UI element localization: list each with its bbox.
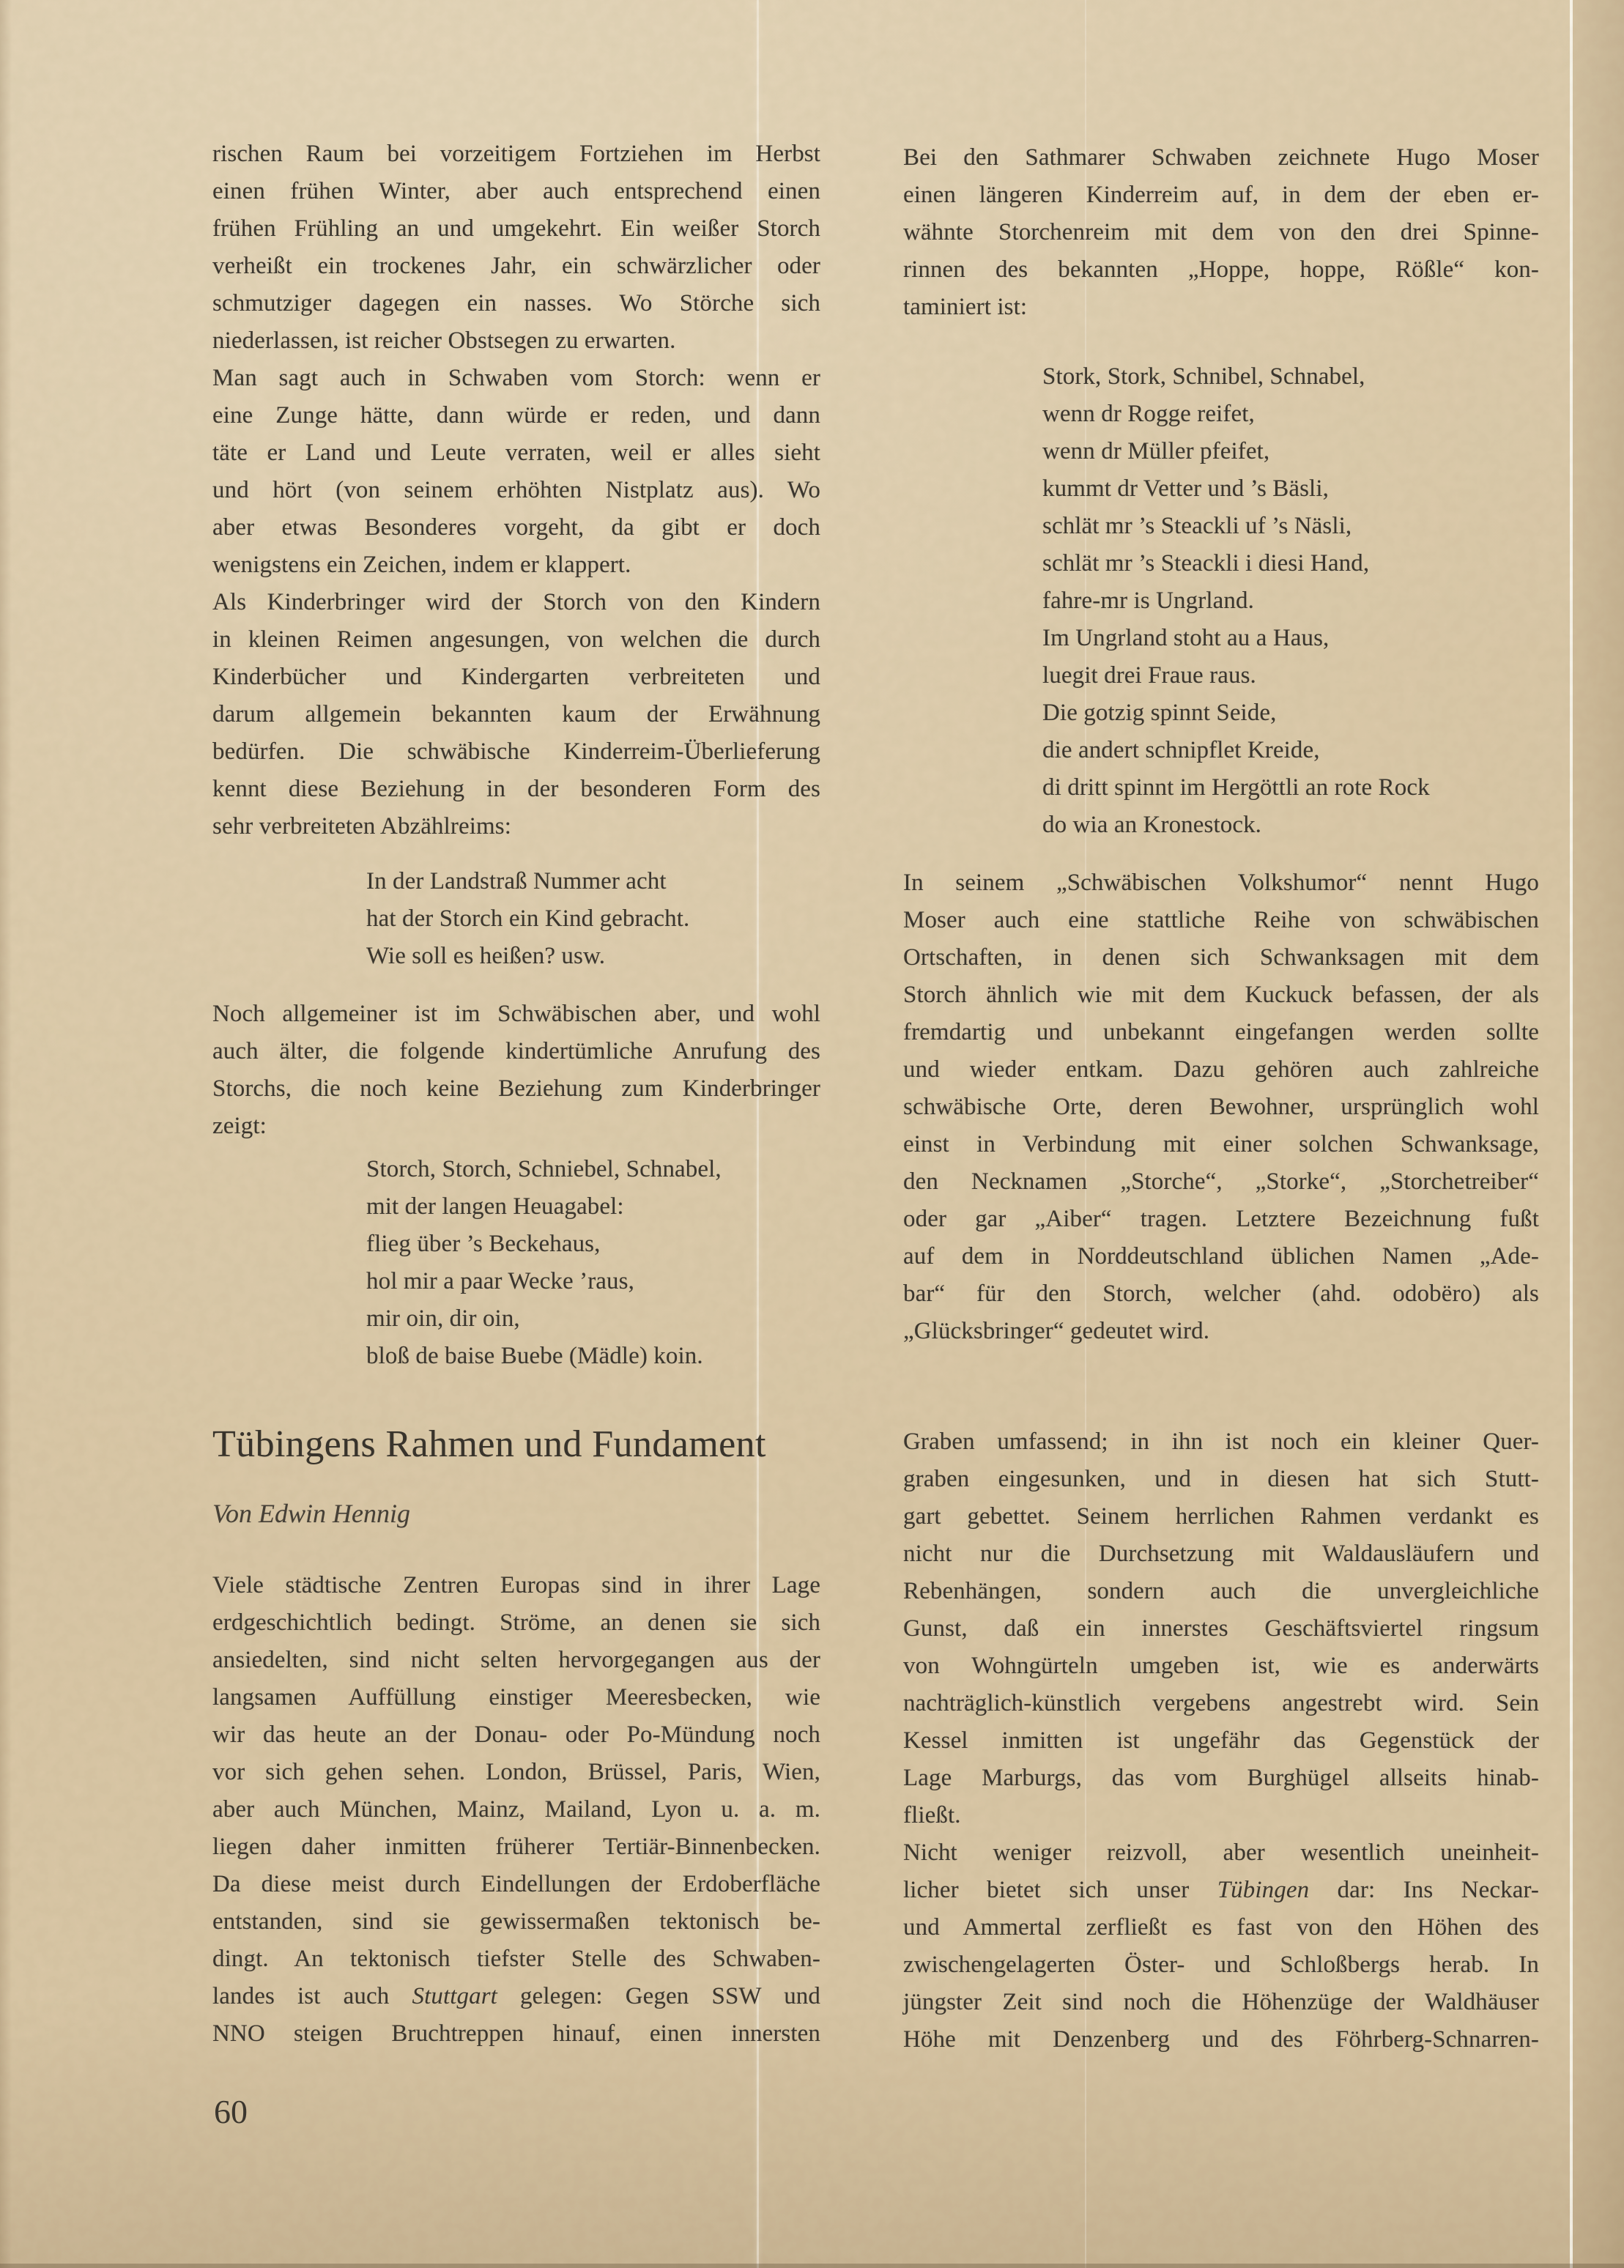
verse-block: Storch, Storch, Schniebel, Schnabel,mit … <box>366 1151 820 1375</box>
text-line: Bei den Sathmarer Schwaben zeichnete Hug… <box>903 139 1539 177</box>
text-line: entstanden, sind sie gewissermaßen tekto… <box>212 1903 820 1941</box>
verse-line: Wie soll es heißen? usw. <box>366 938 820 975</box>
verse-line: schlät mr ’s Steackli i diesi Hand, <box>1042 545 1539 582</box>
verse-line: luegit drei Fraue raus. <box>1042 657 1539 694</box>
text-line: in kleinen Reimen angesungen, von welche… <box>212 621 820 659</box>
text-line: und wieder entkam. Dazu gehören auch zah… <box>903 1051 1539 1089</box>
text-line: aber etwas Besonderes vorgeht, da gibt e… <box>212 509 820 546</box>
verse-line: hol mir a paar Wecke ’raus, <box>366 1263 820 1300</box>
text-line: wähnte Storchenreim mit dem von den drei… <box>903 214 1539 251</box>
text-line: Kinderbücher und Kindergarten verbreitet… <box>212 659 820 696</box>
text-line: graben eingesunken, und in diesen hat si… <box>903 1461 1539 1498</box>
text-line: verheißt ein trockenes Jahr, ein schwärz… <box>212 248 820 285</box>
verse-line: do wia an Kronestock. <box>1042 807 1539 844</box>
text-line: Ortschaften, in denen sich Schwanksagen … <box>903 939 1539 976</box>
verse-line: wenn dr Müller pfeifet, <box>1042 433 1539 470</box>
verse-line: die andert schnipflet Kreide, <box>1042 732 1539 769</box>
text-line: Storchs, die noch keine Beziehung zum Ki… <box>212 1070 820 1108</box>
text-line: Da diese meist durch Eindellungen der Er… <box>212 1866 820 1903</box>
text-line: nicht nur die Durchsetzung mit Waldauslä… <box>903 1535 1539 1573</box>
text-line: fremdartig und unbekannt eingefangen wer… <box>903 1014 1539 1051</box>
paragraph: rischen Raum bei vorzeitigem Fortziehen … <box>212 136 820 360</box>
text-line: bar“ für den Storch, welcher (ahd. odobë… <box>903 1275 1539 1313</box>
verse-line: In der Landstraß Nummer acht <box>366 863 820 900</box>
text-line: bedürfen. Die schwäbische Kinderreim-Übe… <box>212 733 820 771</box>
page-edge-shadow <box>1573 0 1624 2268</box>
text-line: oder gar „Aiber“ tragen. Letztere Bezeic… <box>903 1201 1539 1238</box>
paragraph: Graben umfassend; in ihn ist noch ein kl… <box>903 1423 1539 1834</box>
text-line: schwäbische Orte, deren Bewohner, ursprü… <box>903 1089 1539 1126</box>
text-line: zeigt: <box>212 1108 820 1145</box>
text-line: einst in Verbindung mit einer solchen Sc… <box>903 1126 1539 1163</box>
text-line: dingt. An tektonisch tiefster Stelle des… <box>212 1941 820 1978</box>
text-line: einen frühen Winter, aber auch entsprech… <box>212 173 820 210</box>
text-line: erdgeschichtlich bedingt. Ströme, an den… <box>212 1604 820 1642</box>
verse-block: In der Landstraß Nummer achthat der Stor… <box>366 863 820 975</box>
verse-line: kummt dr Vetter und ’s Bäsli, <box>1042 470 1539 508</box>
text-line: jüngster Zeit sind noch die Höhenzüge de… <box>903 1984 1539 2021</box>
text-line: wir das heute an der Donau- oder Po-Münd… <box>212 1716 820 1754</box>
left-column: rischen Raum bei vorzeitigem Fortziehen … <box>212 136 820 2053</box>
text-line: Viele städtische Zentren Europas sind in… <box>212 1567 820 1604</box>
verse-line: di dritt spinnt im Hergöttli an rote Roc… <box>1042 769 1539 807</box>
paragraph: In seinem „Schwäbischen Volkshumor“ nenn… <box>903 864 1539 1350</box>
text-line: darum allgemein bekannten kaum der Erwäh… <box>212 696 820 733</box>
text-line: „Glücksbringer“ gedeutet wird. <box>903 1313 1539 1350</box>
verse-line: wenn dr Rogge reifet, <box>1042 396 1539 433</box>
text-line: zwischengelagerten Öster- und Schloßberg… <box>903 1946 1539 1984</box>
text-line: rinnen des bekannten „Hoppe, hoppe, Rößl… <box>903 251 1539 289</box>
text-line: eine Zunge hätte, dann würde er reden, u… <box>212 397 820 434</box>
text-line: Höhe mit Denzenberg und des Föhrberg-Sch… <box>903 2021 1539 2058</box>
text-line: liegen daher inmitten früherer Tertiär-B… <box>212 1828 820 1866</box>
text-line: licher bietet sich unser Tübingen dar: I… <box>903 1872 1539 1909</box>
verse-line: schlät mr ’s Steackli uf ’s Näsli, <box>1042 508 1539 545</box>
paragraph: Nicht weniger reizvoll, aber wesentlich … <box>903 1834 1539 2058</box>
paragraph: Viele städtische Zentren Europas sind in… <box>212 1567 820 2053</box>
bottom-edge-shadow <box>0 2264 1624 2268</box>
verse-line: fahre-mr is Ungrland. <box>1042 582 1539 620</box>
paragraph: Man sagt auch in Schwaben vom Storch: we… <box>212 360 820 584</box>
text-line: vor sich gehen sehen. London, Brüssel, P… <box>212 1754 820 1791</box>
article-byline: Von Edwin Hennig <box>212 1497 820 1530</box>
text-line: In seinem „Schwäbischen Volkshumor“ nenn… <box>903 864 1539 902</box>
text-line: und Ammertal zerfließt es fast von den H… <box>903 1909 1539 1946</box>
text-line: Graben umfassend; in ihn ist noch ein kl… <box>903 1423 1539 1461</box>
text-line: ansiedelten, sind nicht selten hervorgeg… <box>212 1642 820 1679</box>
text-line: nachträglich-künstlich vergebens angestr… <box>903 1685 1539 1722</box>
text-line: Gunst, daß ein innerstes Geschäftsvierte… <box>903 1610 1539 1648</box>
text-line: taminiert ist: <box>903 289 1539 326</box>
text-line: Lage Marburgs, das vom Burghügel allseit… <box>903 1760 1539 1797</box>
text-line: Man sagt auch in Schwaben vom Storch: we… <box>212 360 820 397</box>
text-line: Als Kinderbringer wird der Storch von de… <box>212 584 820 621</box>
verse-line: mit der langen Heuagabel: <box>366 1188 820 1226</box>
text-line: niederlassen, ist reicher Obstsegen zu e… <box>212 322 820 360</box>
text-line: Moser auch eine stattliche Reihe von sch… <box>903 902 1539 939</box>
text-line: sehr verbreiteten Abzählreims: <box>212 808 820 845</box>
verse-line: mir oin, dir oin, <box>366 1300 820 1338</box>
text-line: frühen Frühling an und umgekehrt. Ein we… <box>212 210 820 248</box>
text-line: gart gebettet. Seinem herrlichen Rahmen … <box>903 1498 1539 1535</box>
text-line: und hört (von seinem erhöhten Nistplatz … <box>212 472 820 509</box>
text-line: täte er Land und Leute verraten, weil er… <box>212 434 820 472</box>
verse-line: Stork, Stork, Schnibel, Schnabel, <box>1042 358 1539 396</box>
paragraph: Bei den Sathmarer Schwaben zeichnete Hug… <box>903 139 1539 326</box>
text-line: Rebenhängen, sondern auch die unvergleic… <box>903 1573 1539 1610</box>
text-line: von Wohngürteln umgeben ist, wie es ande… <box>903 1648 1539 1685</box>
verse-line: flieg über ’s Beckehaus, <box>366 1226 820 1263</box>
text-line: auf dem in Norddeutschland üblichen Name… <box>903 1238 1539 1275</box>
text-line: Kessel inmitten ist ungefähr das Gegenst… <box>903 1722 1539 1760</box>
verse-line: bloß de baise Buebe (Mädle) koin. <box>366 1338 820 1375</box>
text-line: den Necknamen „Storche“, „Storke“, „Stor… <box>903 1163 1539 1201</box>
text-line: Nicht weniger reizvoll, aber wesentlich … <box>903 1834 1539 1872</box>
text-line: fließt. <box>903 1797 1539 1834</box>
left-edge-shadow <box>0 0 12 2268</box>
verse-line: hat der Storch ein Kind gebracht. <box>366 900 820 938</box>
text-line: Storch ähnlich wie mit dem Kuckuck befas… <box>903 976 1539 1014</box>
text-line: schmutziger dagegen ein nasses. Wo Störc… <box>212 285 820 322</box>
text-line: rischen Raum bei vorzeitigem Fortziehen … <box>212 136 820 173</box>
paragraph: Als Kinderbringer wird der Storch von de… <box>212 584 820 845</box>
text-line: kennt diese Beziehung in der besonderen … <box>212 771 820 808</box>
section-heading: Tübingens Rahmen und Fundament <box>212 1419 820 1470</box>
text-line: einen längeren Kinderreim auf, in dem de… <box>903 177 1539 214</box>
text-line: aber auch München, Mainz, Mailand, Lyon … <box>212 1791 820 1828</box>
text-line: NNO steigen Bruchtreppen hinauf, einen i… <box>212 2015 820 2053</box>
text-line: langsamen Auffüllung einstiger Meeresbec… <box>212 1679 820 1716</box>
verse-line: Im Ungrland stoht au a Haus, <box>1042 620 1539 657</box>
paragraph: Noch allgemeiner ist im Schwäbischen abe… <box>212 996 820 1145</box>
verse-line: Die gotzig spinnt Seide, <box>1042 694 1539 732</box>
page-number: 60 <box>214 2092 248 2131</box>
scanned-page: { "page": { "number": "60", "paper_color… <box>0 0 1624 2268</box>
text-line: Noch allgemeiner ist im Schwäbischen abe… <box>212 996 820 1033</box>
text-line: auch älter, die folgende kindertümliche … <box>212 1033 820 1070</box>
right-column: Bei den Sathmarer Schwaben zeichnete Hug… <box>903 139 1539 2058</box>
text-line: landes ist auch Stuttgart gelegen: Gegen… <box>212 1978 820 2015</box>
text-line: wenigstens ein Zeichen, indem er klapper… <box>212 546 820 584</box>
verse-block: Stork, Stork, Schnibel, Schnabel,wenn dr… <box>1042 358 1539 844</box>
verse-line: Storch, Storch, Schniebel, Schnabel, <box>366 1151 820 1188</box>
